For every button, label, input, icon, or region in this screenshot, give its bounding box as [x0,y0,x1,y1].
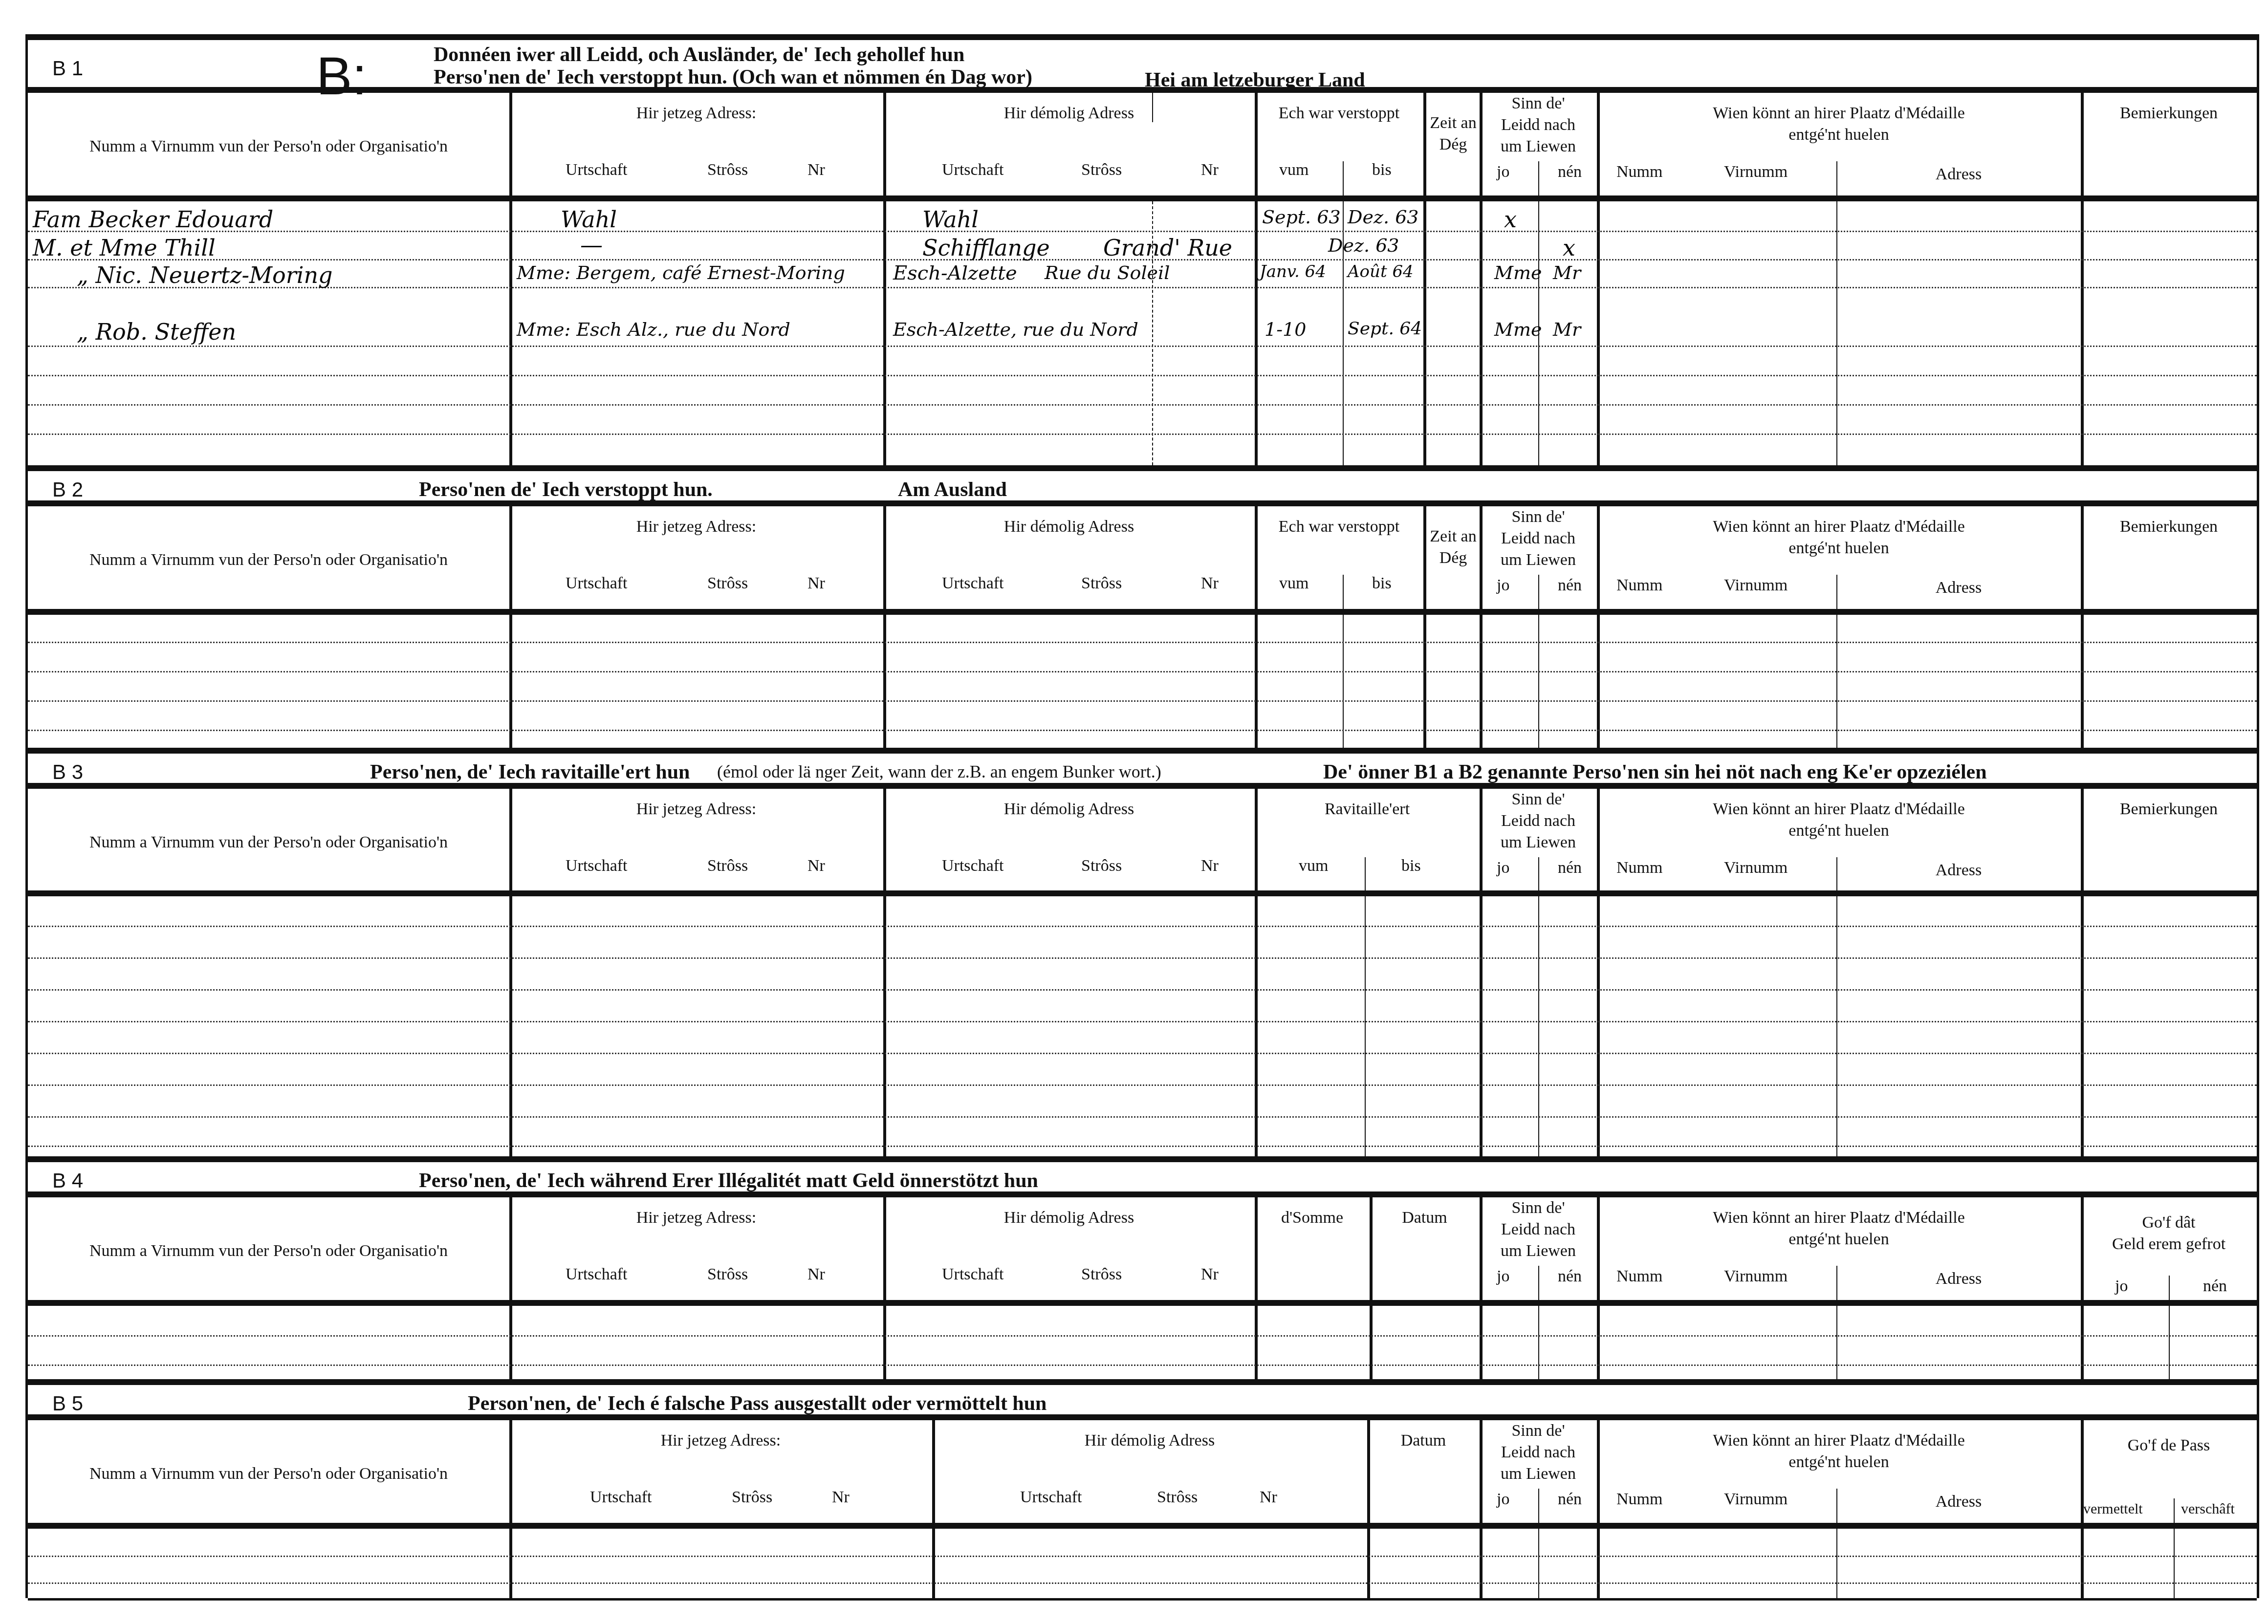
street-header: Strôss [1081,159,1122,181]
firstname-header: Virnumm [1724,161,1788,183]
name-header: Numm a Virnumm vun der Perso'n oder Orga… [28,136,509,157]
number-header: Nr [1201,855,1219,877]
address-header: Adress [1836,1491,2081,1513]
address-header: Adress [1836,164,2081,185]
street-header: Strôss [1081,1264,1122,1285]
medal-header-2: entgé'nt huelen [1597,124,2081,146]
row-to: Août 64 [1348,262,1414,281]
b3-title-row: B 3 Perso'nen, de' Iech ravitaille'ert h… [28,748,2257,789]
place-header: Urtschaft [942,855,1004,877]
no-header: nén [2203,1276,2227,1297]
saved-header-3: um Liewen [1480,136,1597,157]
place-header: Urtschaft [1020,1487,1082,1508]
row-current-place: Mme: Bergem, café Ernest-Moring [517,262,845,283]
no-header: nén [1558,161,1582,183]
b5-title-row: B 5 Person'nen, de' Iech é falsche Pass … [28,1379,2257,1420]
name-header: Numm a Virnumm vun der Perso'n oder Orga… [28,1240,509,1262]
row-name: Fam Becker Edouard [33,206,273,233]
former-address-header: Hir démolig Adress [883,799,1255,820]
medal-header-1: Wien könnt an hirer Plaatz d'Médaille [1597,1430,2081,1451]
no-header: nén [1558,857,1582,879]
yes-header: jo [1497,857,1509,879]
number-header: Nr [807,1264,825,1285]
row-former-place: Esch-Alzette, rue du Nord [893,319,1138,340]
procured-header: verschâft [2181,1498,2235,1520]
firstname-header: Virnumm [1724,1489,1788,1510]
from-header: vum [1279,573,1308,594]
remarks-header: Bemierkungen [2081,103,2257,124]
number-header: Nr [807,855,825,877]
saved-header-2: Leidd nach [1480,1442,1597,1463]
place-header: Urtschaft [942,573,1004,594]
form-page: B 1 B: Donnéen iwer all Leidd, och Auslä… [25,34,2259,1598]
medal-header-2: entgé'nt huelen [1597,820,2081,842]
b1-header: Numm a Virnumm vun der Perso'n oder Orga… [28,93,2257,201]
surname-header: Numm [1616,1266,1662,1287]
name-header: Numm a Virnumm vun der Perso'n oder Orga… [28,832,509,853]
saved-header-2: Leidd nach [1480,810,1597,832]
b4-title-row: B 4 Perso'nen, de' Iech während Erer Ill… [28,1156,2257,1197]
b4-rows [28,1306,2257,1379]
former-address-header: Hir démolig Adress [883,516,1255,538]
yes-header: jo [1497,161,1509,183]
former-address-header: Hir démolig Adress [883,103,1255,124]
b2-header: Numm a Virnumm vun der Perso'n oder Orga… [28,506,2257,615]
row-no: Mr [1553,319,1581,340]
number-header: Nr [1201,1264,1219,1285]
saved-header-3: um Liewen [1480,549,1597,571]
place-header: Urtschaft [942,159,1004,181]
street-header: Strôss [707,159,748,181]
row-from: Sept. 63 [1262,206,1341,228]
place-header: Urtschaft [566,573,628,594]
b3-title-note: (émol oder lä nger Zeit, wann der z.B. a… [717,761,1161,782]
saved-header-2: Leidd nach [1480,1219,1597,1240]
number-header: Nr [807,159,825,181]
hidden-header: Ech war verstoppt [1255,516,1423,538]
row-name: „ Rob. Steffen [77,319,236,345]
pass-header: Go'f de Pass [2081,1435,2257,1456]
name-header: Numm a Virnumm vun der Perso'n oder Orga… [28,549,509,571]
row-name: „ Nic. Neuertz-Moring [77,262,333,288]
asked-header-2: Geld erem gefrot [2081,1234,2257,1255]
medal-header-2: entgé'nt huelen [1597,538,2081,559]
surname-header: Numm [1616,575,1662,596]
yes-header: jo [1497,575,1509,596]
row-from: Janv. 64 [1260,262,1326,281]
asked-header-1: Go'f dât [2081,1212,2257,1234]
row-former-street: Rue du Soleil [1045,262,1170,283]
saved-header-3: um Liewen [1480,1463,1597,1485]
row-yes: Mme [1494,262,1542,283]
remarks-header: Bemierkungen [2081,516,2257,538]
saved-header-2: Leidd nach [1480,528,1597,549]
row-former-place: Wahl [922,206,979,233]
days-header: Zeit an Dég [1427,112,1480,155]
mediated-header: vermettelt [2083,1498,2143,1520]
saved-header-2: Leidd nach [1480,114,1597,136]
current-address-header: Hir jetzeg Adress: [509,1207,883,1229]
medal-header-1: Wien könnt an hirer Plaatz d'Médaille [1597,516,2081,538]
b3-label: B 3 [52,760,83,784]
saved-header-3: um Liewen [1480,832,1597,853]
street-header: Strôss [707,573,748,594]
address-header: Adress [1836,860,2081,881]
b3-rows [28,896,2257,1156]
to-header: bis [1372,573,1392,594]
no-header: nén [1558,1266,1582,1287]
b4-title: Perso'nen, de' Iech während Erer Illégal… [419,1169,1038,1192]
saved-header-1: Sinn de' [1480,93,1597,114]
surname-header: Numm [1616,857,1662,879]
place-header: Urtschaft [942,1264,1004,1285]
firstname-header: Virnumm [1724,1266,1788,1287]
no-header: nén [1558,575,1582,596]
b2-title-right: Am Ausland [898,478,1007,501]
saved-header-1: Sinn de' [1480,1197,1597,1219]
yes-header: jo [1497,1266,1509,1287]
hidden-header: Ech war verstoppt [1255,103,1423,124]
firstname-header: Virnumm [1724,575,1788,596]
saved-header-1: Sinn de' [1480,506,1597,528]
b3-title: Perso'nen, de' Iech ravitaille'ert hun [370,760,690,784]
row-no: Mr [1553,262,1581,283]
medal-header-2: entgé'nt huelen [1597,1451,2081,1473]
b1-rows: Fam Becker Edouard Wahl Wahl Sept. 63 De… [28,201,2257,465]
number-header: Nr [807,573,825,594]
to-header: bis [1401,855,1421,877]
row-no: x [1563,235,1575,261]
no-header: nén [1558,1489,1582,1510]
number-header: Nr [1260,1487,1277,1508]
supplied-header: Ravitaille'ert [1255,799,1480,820]
name-header: Numm a Virnumm vun der Perso'n oder Orga… [28,1463,509,1485]
b4-header: Numm a Virnumm vun der Perso'n oder Orga… [28,1197,2257,1306]
place-header: Urtschaft [566,1264,628,1285]
b1-label: B 1 [52,57,83,80]
days-header: Zeit an Dég [1427,526,1480,569]
date-header: Datum [1367,1430,1480,1451]
b1-title-right: Hei am letzeburger Land [1145,68,1365,92]
row-current-place: — [580,232,603,258]
row-current-place: Mme: Esch Alz., rue du Nord [517,319,790,340]
b3-title-right: De' önner B1 a B2 genannte Perso'nen sin… [1323,760,1987,784]
yes-header: jo [2115,1276,2128,1297]
medal-header-1: Wien könnt an hirer Plaatz d'Médaille [1597,103,2081,124]
row-name: M. et Mme Thill [33,235,216,261]
surname-header: Numm [1616,1489,1662,1510]
remarks-header: Bemierkungen [2081,799,2257,820]
saved-header-1: Sinn de' [1480,1420,1597,1442]
place-header: Urtschaft [566,159,628,181]
row-from: 1-10 [1265,319,1306,340]
row-former-place: Esch-Alzette [893,262,1017,284]
row-to: Dez. 63 [1328,235,1399,256]
street-header: Strôss [732,1487,772,1508]
saved-header-1: Sinn de' [1480,789,1597,810]
saved-header-3: um Liewen [1480,1240,1597,1262]
medal-header-2: entgé'nt huelen [1597,1229,2081,1250]
sum-header: d'Somme [1255,1207,1370,1229]
place-header: Urtschaft [590,1487,652,1508]
surname-header: Numm [1616,161,1662,183]
row-former-place: Schifflange [922,235,1050,261]
yes-header: jo [1497,1489,1509,1510]
from-header: vum [1299,855,1328,877]
date-header: Datum [1370,1207,1480,1229]
b5-title: Person'nen, de' Iech é falsche Pass ausg… [468,1392,1047,1415]
row-yes: x [1504,206,1517,233]
current-address-header: Hir jetzeg Adress: [509,1430,932,1451]
to-header: bis [1372,159,1392,181]
b2-rows [28,615,2257,748]
former-address-header: Hir démolig Adress [883,1207,1255,1229]
street-header: Strôss [707,1264,748,1285]
b2-title: Perso'nen de' Iech verstoppt hun. [419,478,713,501]
number-header: Nr [1201,159,1219,181]
number-header: Nr [832,1487,850,1508]
street-header: Strôss [1157,1487,1198,1508]
street-header: Strôss [1081,855,1122,877]
current-address-header: Hir jetzeg Adress: [509,103,883,124]
address-header: Adress [1836,1268,2081,1290]
b1-title-row: B 1 B: Donnéen iwer all Leidd, och Auslä… [28,34,2257,93]
b2-label: B 2 [52,478,83,501]
firstname-header: Virnumm [1724,857,1788,879]
b5-label: B 5 [52,1392,83,1415]
number-header: Nr [1201,573,1219,594]
current-address-header: Hir jetzeg Adress: [509,516,883,538]
medal-header-1: Wien könnt an hirer Plaatz d'Médaille [1597,1207,2081,1229]
row-former-street: Grand' Rue [1103,235,1232,261]
address-header: Adress [1836,577,2081,599]
row-to: Dez. 63 [1348,206,1419,228]
row-to: Sept. 64 [1348,319,1422,339]
street-header: Strôss [707,855,748,877]
b5-header: Numm a Virnumm vun der Perso'n oder Orga… [28,1420,2257,1529]
b1-title-line2: Perso'nen de' Iech verstoppt hun. (Och w… [434,65,1032,89]
place-header: Urtschaft [566,855,628,877]
b2-title-row: B 2 Perso'nen de' Iech verstoppt hun. Am… [28,465,2257,506]
b1-title-line1: Donnéen iwer all Leidd, och Ausländer, d… [434,43,964,66]
street-header: Strôss [1081,573,1122,594]
former-address-header: Hir démolig Adress [932,1430,1367,1451]
row-yes: Mme [1494,319,1542,340]
from-header: vum [1279,159,1308,181]
b5-rows [28,1529,2257,1601]
b4-label: B 4 [52,1169,83,1192]
current-address-header: Hir jetzeg Adress: [509,799,883,820]
medal-header-1: Wien könnt an hirer Plaatz d'Médaille [1597,799,2081,820]
row-current-place: Wahl [561,206,617,233]
b3-header: Numm a Virnumm vun der Perso'n oder Orga… [28,789,2257,896]
